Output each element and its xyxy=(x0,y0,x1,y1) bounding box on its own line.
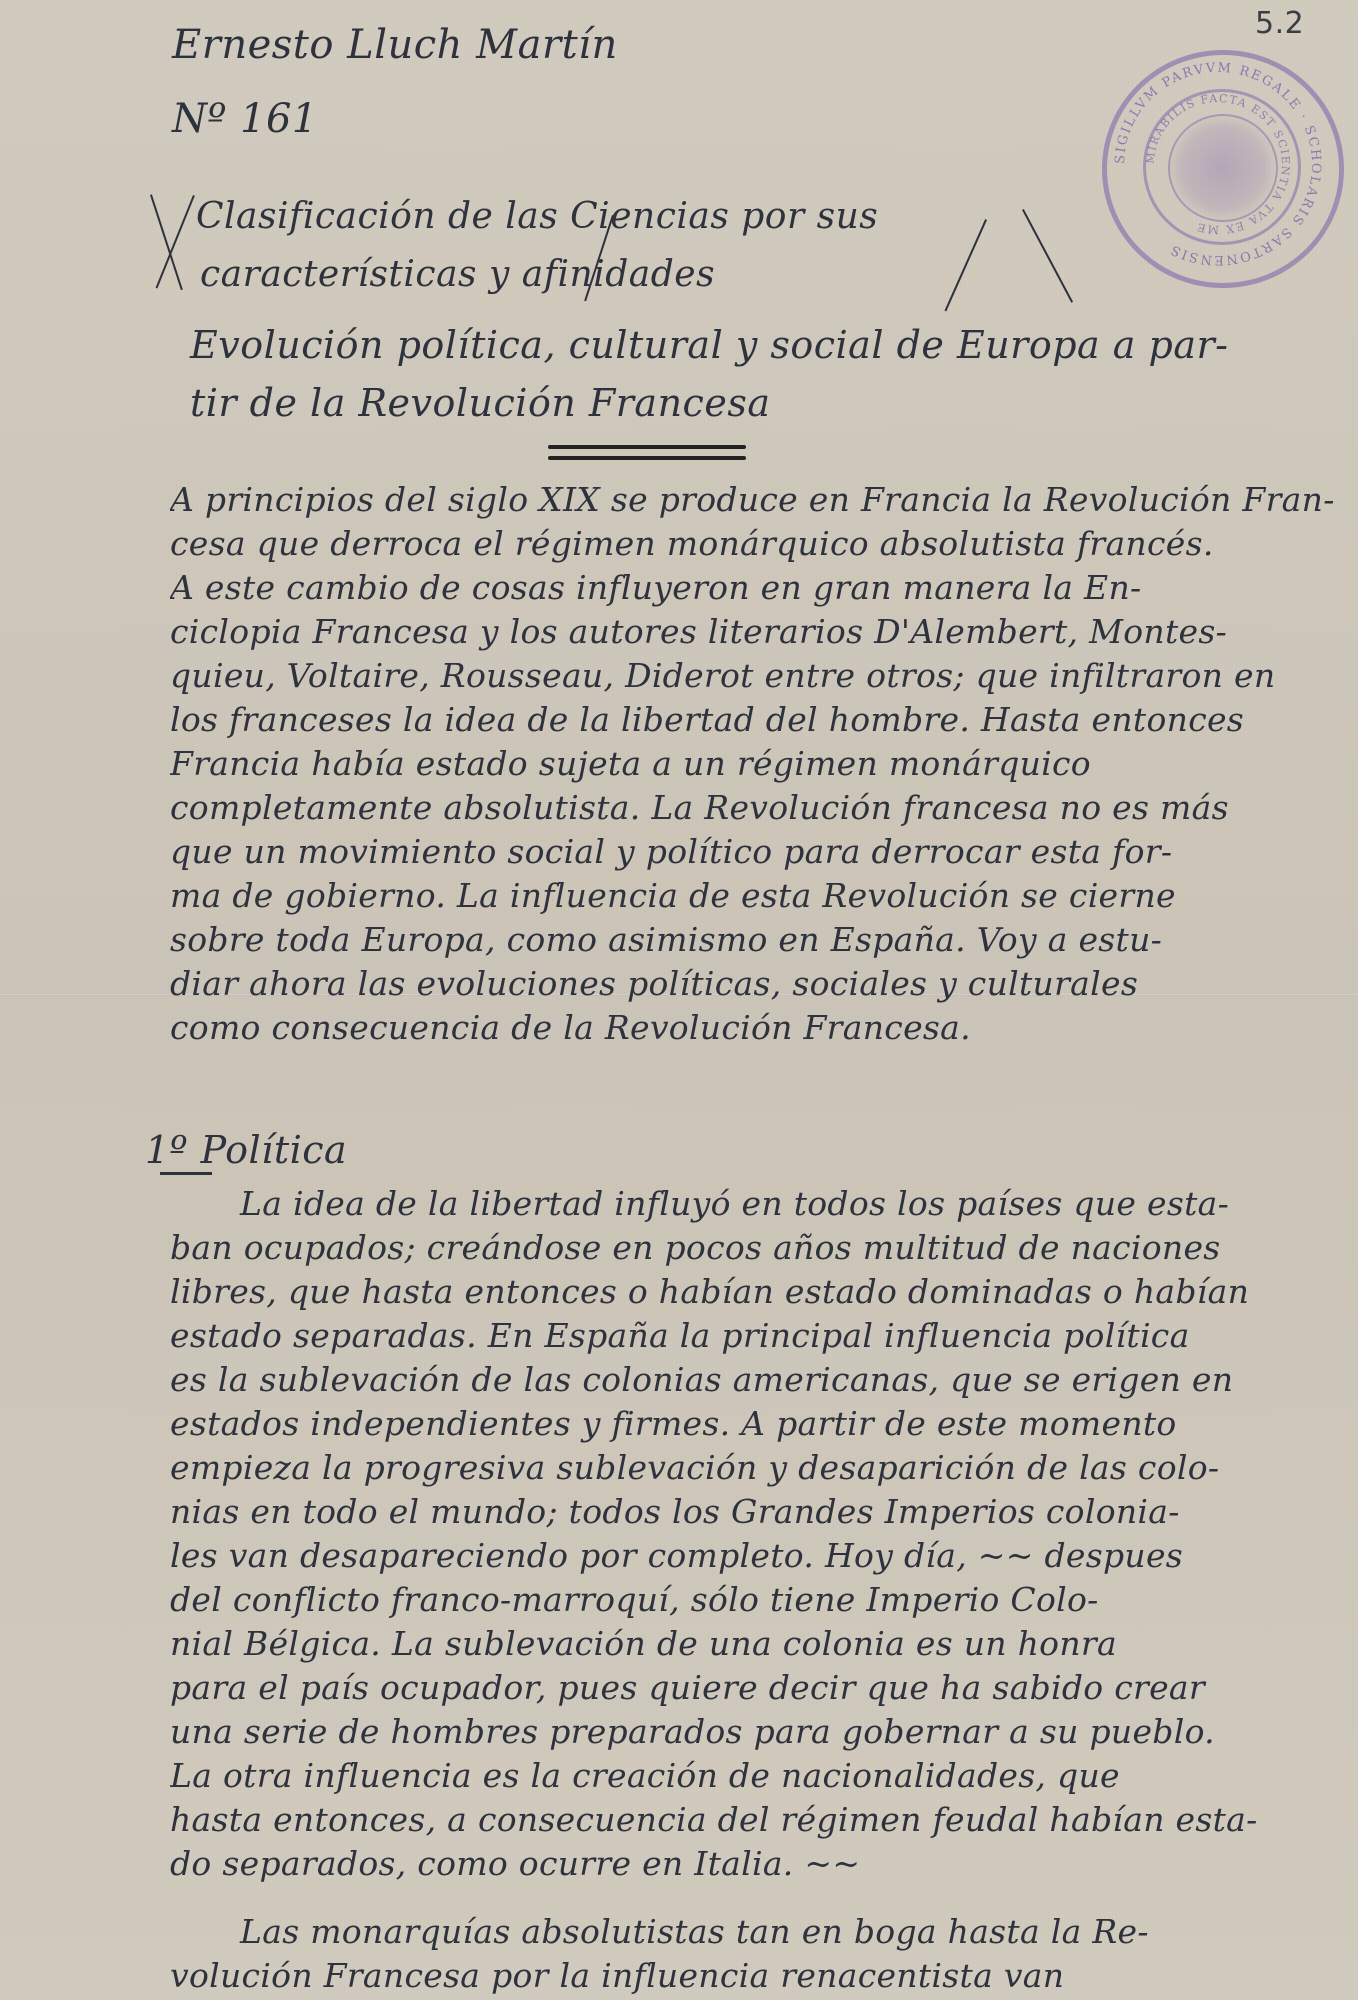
title-double-underline xyxy=(548,445,746,449)
text-line: cesa que derroca el régimen monárquico a… xyxy=(170,522,1355,566)
text-line: una serie de hombres preparados para gob… xyxy=(170,1710,1355,1754)
text-line: do separados, como ocurre en Italia. ~~ xyxy=(170,1842,1355,1886)
struck-title: Clasificación de las Ciencias por sus ca… xyxy=(196,188,878,304)
text-line: ban ocupados; creándose en pocos años mu… xyxy=(170,1226,1355,1270)
title-double-underline xyxy=(548,456,746,460)
text-line: La otra influencia es la creación de nac… xyxy=(170,1754,1355,1798)
text-line: ma de gobierno. La influencia de esta Re… xyxy=(170,874,1355,918)
text-line: diar ahora las evoluciones políticas, so… xyxy=(170,962,1355,1006)
text-line: Francia había estado sujeta a un régimen… xyxy=(170,742,1355,786)
text-line: A principios del siglo XIX se produce en… xyxy=(170,478,1355,522)
section-number-underline xyxy=(160,1172,212,1175)
main-title-line-2: tir de la Revolución Francesa xyxy=(190,374,1229,432)
madonna-figure-icon xyxy=(1168,114,1278,222)
text-line: completamente absolutista. La Revolución… xyxy=(170,786,1355,830)
page-number: 5.2 xyxy=(1255,6,1304,41)
strike-x-mark xyxy=(1022,209,1073,303)
text-line: libres, que hasta entonces o habían esta… xyxy=(170,1270,1355,1314)
text-line: que un movimiento social y político para… xyxy=(170,830,1355,874)
text-line: A este cambio de cosas influyeron en gra… xyxy=(170,566,1355,610)
text-line: les van desapareciendo por completo. Hoy… xyxy=(170,1534,1355,1578)
text-line: empieza la progresiva sublevación y desa… xyxy=(170,1446,1355,1490)
text-line: es la sublevación de las colonias americ… xyxy=(170,1358,1355,1402)
text-line: como consecuencia de la Revolución Franc… xyxy=(170,1006,1355,1050)
main-title-line-1: Evolución política, cultural y social de… xyxy=(190,316,1229,374)
text-line: volución Francesa por la influencia rena… xyxy=(170,1954,1355,1998)
author-name: Ernesto Lluch Martín xyxy=(172,22,618,68)
official-seal-stamp: SIGILLVM PARVVM REGALE · SCHOLARIS SARTO… xyxy=(1102,50,1344,288)
text-line: del conflicto franco-marroquí, sólo tien… xyxy=(170,1578,1355,1622)
text-line: La idea de la libertad influyó en todos … xyxy=(170,1182,1355,1226)
text-line: hasta entonces, a consecuencia del régim… xyxy=(170,1798,1355,1842)
handwritten-document-page: 5.2 Ernesto Lluch Martín Nº 161 SIGILLVM… xyxy=(0,0,1358,2000)
struck-title-line-1: Clasificación de las Ciencias por sus xyxy=(196,188,878,246)
text-line: nial Bélgica. La sublevación de una colo… xyxy=(170,1622,1355,1666)
document-number: Nº 161 xyxy=(172,96,318,142)
text-line: los franceses la idea de la libertad del… xyxy=(170,698,1355,742)
text-line: Las monarquías absolutistas tan en boga … xyxy=(170,1910,1355,1954)
section-heading-politica: 1º Política xyxy=(145,1128,347,1172)
text-line: estado separadas. En España la principal… xyxy=(170,1314,1355,1358)
text-line: nias en todo el mundo; todos los Grandes… xyxy=(170,1490,1355,1534)
text-line: estados independientes y firmes. A parti… xyxy=(170,1402,1355,1446)
strike-x-mark xyxy=(150,194,183,290)
struck-title-line-2: características y afinidades xyxy=(196,246,878,304)
strike-x-mark xyxy=(944,219,987,311)
text-line: para el país ocupador, pues quiere decir… xyxy=(170,1666,1355,1710)
section-1-paragraph-2: Las monarquías absolutistas tan en boga … xyxy=(170,1910,1355,1998)
main-title: Evolución política, cultural y social de… xyxy=(190,316,1229,432)
text-line: ciclopia Francesa y los autores literari… xyxy=(170,610,1355,654)
stamp-inner-ring xyxy=(1143,89,1301,245)
text-line: sobre toda Europa, como asimismo en Espa… xyxy=(170,918,1355,962)
section-1-paragraph-1: La idea de la libertad influyó en todos … xyxy=(170,1182,1355,1886)
intro-paragraph: A principios del siglo XIX se produce en… xyxy=(170,478,1355,1050)
text-line: quieu, Voltaire, Rousseau, Diderot entre… xyxy=(170,654,1355,698)
